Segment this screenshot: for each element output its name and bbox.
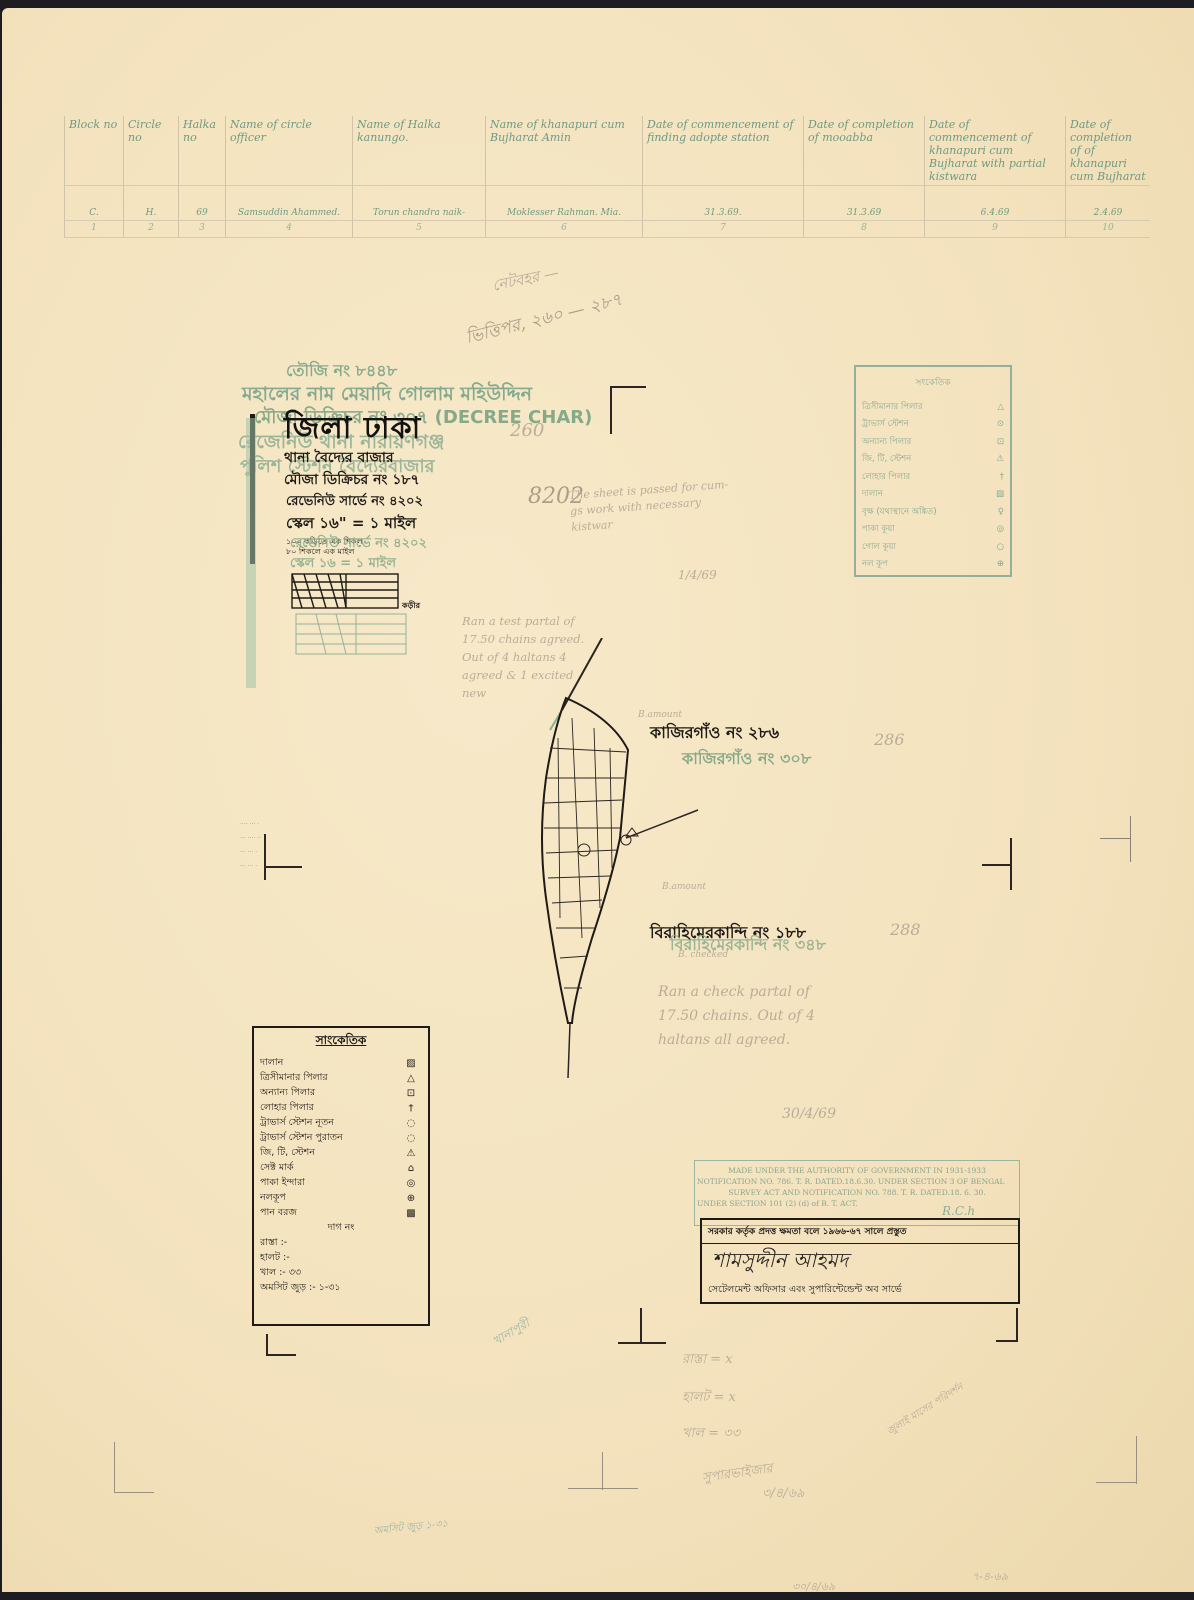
legend-item: জি, টি, স্টেশন⚠ <box>856 451 1010 469</box>
index-cell: 4 <box>226 221 353 238</box>
legend-black-list: দালান▨ ত্রিসীমানার পিলার△ অন্যান্য পিলার… <box>254 1056 428 1296</box>
legend-label: জি, টি, স্টেশন <box>260 1146 315 1161</box>
legend-item: অন্যান্য পিলার⊡ <box>254 1086 428 1101</box>
round-well-icon: ○ <box>997 542 1004 552</box>
officer-signature: শামসুদ্দীন আহমদ <box>702 1244 1018 1281</box>
faint-line: ··· ···· ·· <box>240 832 261 846</box>
pencil-b-amount-2: B.amount <box>662 882 706 892</box>
legend-item: গোল কূয়া○ <box>856 538 1010 556</box>
index-cell: 5 <box>353 221 486 238</box>
certificate-line-3: সেটেলমেন্ট অফিসার এবং সুপারিন্টেন্ডেন্ট … <box>702 1281 1018 1300</box>
legend-item: লোহার পিলার† <box>254 1101 428 1116</box>
tree-icon: ♀ <box>998 507 1004 517</box>
corner-tick <box>264 866 302 868</box>
pencil-note-left: খানাপুরী <box>490 1315 535 1352</box>
pencil-note-sheet-passed-date: 1/4/69 <box>678 568 717 582</box>
cell-mooabba-date: 31.3.69 <box>804 186 925 221</box>
tally-road: রাস্তা = x <box>682 1350 733 1371</box>
corner-mark <box>610 386 646 434</box>
index-cell: 7 <box>643 221 804 238</box>
legend-label: ট্রাভার্স স্টেশন <box>862 417 909 431</box>
legend-item: ট্রাভার্স স্টেশন নূতন◌ <box>254 1116 428 1131</box>
mouza-label: মৌজা ডিক্রিচর নং ১৮৭ <box>284 468 420 492</box>
legend-label: বৃক্ষ (যথাস্থানে অঙ্কিত) <box>862 505 937 519</box>
legend-item: অন্যান্য পিলার⊡ <box>856 433 1010 451</box>
cell-khanapuri-start: 6.4.69 <box>925 186 1066 221</box>
tube-well-icon: ⊕ <box>997 559 1004 569</box>
index-cell: 1 <box>65 221 124 238</box>
dag-no-label: দাগ নং <box>328 1221 355 1236</box>
building-icon: ▨ <box>996 489 1004 499</box>
new-traverse-station-icon: ◌ <box>400 1118 422 1129</box>
legend-item: দালান▨ <box>856 486 1010 504</box>
legend-item: জি, টি, স্টেশন⚠ <box>254 1146 428 1161</box>
map-sheet: Block no Circle no Halka no Name of circ… <box>2 8 1194 1592</box>
field-label: রাস্তা :- <box>260 1236 287 1251</box>
index-cell: 6 <box>486 221 643 238</box>
building-icon: ▨ <box>400 1058 422 1069</box>
header-halka-kanungo: Name of Halka kanungo. <box>353 116 486 186</box>
cell-block: C. <box>65 186 124 221</box>
corner-mark <box>266 1334 268 1356</box>
legend-item: নলকূপ⊕ <box>254 1191 428 1206</box>
corner-mark <box>114 1442 115 1492</box>
index-cell: 2 <box>124 221 179 238</box>
legend-field: অমসিট জুড় :- ১-৩১ <box>254 1281 428 1296</box>
triangle-icon: △ <box>997 402 1004 412</box>
faint-line: ···· ··· · <box>240 818 261 832</box>
pencil-note-bottom-right: ৭-৪-৬৯ <box>972 1568 1008 1587</box>
legend-item: ট্রাভার্স স্টেশন পুরাতন◌ <box>254 1131 428 1146</box>
pencil-note-supervisor-date: ৩/৪/৬৯ <box>762 1484 805 1505</box>
corner-tick <box>982 864 1012 866</box>
revenue-survey-green: রেভেনিউ সার্ভে নং ৪২০২ <box>290 534 427 555</box>
cell-halka: 69 <box>179 186 226 221</box>
betel-garden-icon: ▩ <box>400 1208 422 1219</box>
table-index-row: 1 2 3 4 5 6 7 8 9 10 <box>65 221 1151 238</box>
cell-kanungo: Torun chandra naik- <box>353 186 486 221</box>
legend-label: ট্রাভার্স স্টেশন নূতন <box>260 1116 334 1131</box>
corner-tick <box>618 1342 666 1344</box>
legend-label: পাকা কূয়া <box>862 522 895 536</box>
field-label: হালট :- <box>260 1251 290 1266</box>
legend-black: সাংকেতিক দালান▨ ত্রিসীমানার পিলার△ অন্যা… <box>252 1026 430 1326</box>
pencil-note-netbahar: নেটবহর — <box>490 261 561 299</box>
legend-item: ট্রাভার্স স্টেশন⊙ <box>856 416 1010 434</box>
gt-station-icon: ⚠ <box>996 454 1004 464</box>
legend-item: ত্রিসীমানার পিলার△ <box>254 1071 428 1086</box>
corner-mark <box>1136 1436 1137 1484</box>
legend-label: ত্রিসীমানার পিলার <box>862 400 923 414</box>
header-circle-officer: Name of circle officer <box>226 116 353 186</box>
pencil-note-check-partal: Ran a check partal of 17.50 chains. Out … <box>658 980 848 1052</box>
index-cell: 8 <box>804 221 925 238</box>
legend-item: পান বরজ▩ <box>254 1206 428 1221</box>
revenue-survey-label: রেভেনিউ সার্ভে নং ৪২০২ <box>286 492 423 513</box>
notification-line-2: NOTIFICATION NO. 786. T. R. DATED.18.6.3… <box>697 1176 1017 1187</box>
index-cell: 9 <box>925 221 1066 238</box>
thana-label: থানা বৈদ্যের বাজার <box>284 446 394 470</box>
kajirgaon-label: কাজিরগাঁও নং ২৮৬ <box>650 720 779 747</box>
legend-label: দালান <box>862 487 883 501</box>
pencil-note-bottom-left: অমসিট জুড় ১-৩১ <box>373 1516 449 1541</box>
pencil-b-amount-1: B.amount <box>638 710 682 720</box>
index-cell: 3 <box>179 221 226 238</box>
legend-item: নল কূপ⊕ <box>856 556 1010 574</box>
cell-khanapuri-end: 2.4.69 <box>1066 186 1151 221</box>
table-header-row: Block no Circle no Halka no Name of circ… <box>65 116 1151 186</box>
corner-tick <box>996 1340 1018 1342</box>
legend-label: নলকূপ <box>260 1191 286 1206</box>
faint-line: ··· ··· · <box>240 860 261 874</box>
legend-item: পাকা ইন্দারা◎ <box>254 1176 428 1191</box>
square-dot-icon: ⊡ <box>997 437 1004 447</box>
pencil-note-bhittipar: ভিত্তিপর, ২৬০ — ২৮৭ <box>463 287 625 353</box>
iron-pillar-icon: † <box>1000 472 1004 482</box>
legend-label: পান বরজ <box>260 1206 297 1221</box>
field-label: খাল :- <box>260 1267 286 1278</box>
cell-adopte-date: 31.3.69. <box>643 186 804 221</box>
scale-bar-unit: কড়ীর <box>402 600 420 613</box>
gt-station-icon: ⚠ <box>400 1148 422 1159</box>
legend-label: অন্যান্য পিলার <box>862 435 911 449</box>
legend-item: ত্রিসীমানার পিলার△ <box>856 398 1010 416</box>
header-circle-no: Circle no <box>124 116 179 186</box>
kajirgaon-label-green: কাজিরগাঁও নং ৩০৮ <box>682 746 811 773</box>
certificate-line-1: সরকার কর্তৃক প্রদত্ত ক্ষমতা বলে ১৯৬৬-৬৭ … <box>702 1220 1018 1244</box>
pucca-well-icon: ◎ <box>997 524 1004 534</box>
register-table: Block no Circle no Halka no Name of circ… <box>64 116 1150 238</box>
pencil-initial: R.C.h <box>942 1204 975 1218</box>
legend-label: সেক্ট মার্ক <box>260 1161 294 1176</box>
circle-dot-icon: ⊙ <box>997 419 1004 429</box>
legend-label: অন্যান্য পিলার <box>260 1086 315 1101</box>
legend-label: নল কূপ <box>862 557 888 571</box>
legend-item: দালান▨ <box>254 1056 428 1071</box>
iron-pillar-icon: † <box>400 1103 422 1114</box>
cell-amin: Moklesser Rahman. Mia. <box>486 186 643 221</box>
header-mooabba: Date of completion of mooabba <box>804 116 925 186</box>
certificate-box: সরকার কর্তৃক প্রদত্ত ক্ষমতা বলে ১৯৬৬-৬৭ … <box>700 1218 1020 1304</box>
legend-item: পাকা কূয়া◎ <box>856 521 1010 539</box>
legend-green-title: সংকেতিক <box>856 375 1010 390</box>
field-value: ১-৩১ <box>319 1282 341 1293</box>
legend-item: লোহার পিলার† <box>856 468 1010 486</box>
legend-item: বৃক্ষ (যথাস্থানে অঙ্কিত)♀ <box>856 503 1010 521</box>
legend-label: ট্রাভার্স স্টেশন পুরাতন <box>260 1131 343 1146</box>
corner-mark <box>1130 816 1131 862</box>
cell-circle-officer: Samsuddin Ahammed. <box>226 186 353 221</box>
pencil-birahim-number: 288 <box>890 920 921 939</box>
legend-green-list: ত্রিসীমানার পিলার△ ট্রাভার্স স্টেশন⊙ অন্… <box>856 398 1010 573</box>
corner-tick <box>114 1492 154 1493</box>
faint-line: ··· ··· · <box>240 846 261 860</box>
index-cell: 10 <box>1066 221 1151 238</box>
legend-label: ত্রিসীমানার পিলার <box>260 1071 328 1086</box>
cell-circle: H. <box>124 186 179 221</box>
tally-canal: খাল = ৩৩ <box>682 1424 740 1445</box>
corner-mark <box>640 1308 642 1342</box>
corner-mark <box>1016 1308 1018 1342</box>
sect-mark-icon: ⌂ <box>400 1163 422 1174</box>
legend-label: গোল কূয়া <box>862 540 896 554</box>
old-traverse-station-icon: ◌ <box>400 1133 422 1144</box>
legend-field: রাস্তা :- <box>254 1236 428 1251</box>
legend-label: লোহার পিলার <box>260 1101 314 1116</box>
tube-well-icon: ⊕ <box>400 1193 422 1204</box>
legend-black-title: সাংকেতিক <box>254 1032 428 1052</box>
triangle-icon: △ <box>400 1073 422 1084</box>
legend-green: সংকেতিক ত্রিসীমানার পিলার△ ট্রাভার্স স্ট… <box>854 365 1012 577</box>
legend-field: হালট :- <box>254 1251 428 1266</box>
corner-tick <box>568 1488 638 1489</box>
green-bracket <box>246 418 256 688</box>
pencil-kajir-number: 286 <box>874 730 905 749</box>
legend-label: জি, টি, স্টেশন <box>862 452 911 466</box>
notification-line-1: MADE UNDER THE AUTHORITY OF GOVERNMENT I… <box>697 1165 1017 1176</box>
square-dot-icon: ⊡ <box>400 1088 422 1099</box>
pencil-note-sheet-passed: The sheet is passed for cum- gs work wit… <box>569 476 742 536</box>
corner-mark <box>264 834 304 880</box>
header-khanapuri-start: Date of commencement of khanapuri cum Bu… <box>925 116 1066 186</box>
corner-mark <box>602 1452 603 1490</box>
header-halka-no: Halka no <box>179 116 226 186</box>
pencil-note-inspection: জুলাই মাসের পরিদর্শন <box>884 1380 967 1441</box>
header-block-no: Block no <box>65 116 124 186</box>
scale-bar-diagram <box>286 570 456 660</box>
pencil-number-260: 260 <box>510 420 544 441</box>
legend-label: দালান <box>260 1056 283 1071</box>
tally-halot: হালট = x <box>682 1388 736 1409</box>
corner-tick <box>1100 838 1130 839</box>
faint-legend-fragment: ···· ··· · ··· ···· ·· ··· ··· · ··· ···… <box>240 818 261 874</box>
dag-no-row: দাগ নং <box>254 1221 428 1236</box>
pencil-note-bottom-center: ৩০/৪/৬৯ <box>792 1578 835 1597</box>
table-row: C. H. 69 Samsuddin Ahammed. Torun chandr… <box>65 186 1151 221</box>
field-label: অমসিট জুড় :- <box>260 1282 316 1293</box>
legend-item: সেক্ট মার্ক⌂ <box>254 1161 428 1176</box>
pencil-note-check-date: 30/4/69 <box>782 1106 836 1122</box>
legend-label: পাকা ইন্দারা <box>260 1176 305 1191</box>
legend-field: খাল :- ৩৩ <box>254 1266 428 1281</box>
header-amin: Name of khanapuri cum Bujharat Amin <box>486 116 643 186</box>
field-value: ৩৩ <box>289 1267 301 1278</box>
notification-line-3: SURVEY ACT AND NOTIFICATION NO. 788. T. … <box>697 1187 1017 1198</box>
header-adopte-station: Date of commencement of finding adopte s… <box>643 116 804 186</box>
legend-label: লোহার পিলার <box>862 470 910 484</box>
pencil-b-checked: B. checked <box>678 950 728 960</box>
corner-tick <box>1096 1482 1136 1483</box>
header-khanapuri-end: Date of completion of of khanapuri cum B… <box>1066 116 1151 186</box>
corner-tick <box>266 1354 296 1356</box>
pucca-well-icon: ◎ <box>400 1178 422 1189</box>
